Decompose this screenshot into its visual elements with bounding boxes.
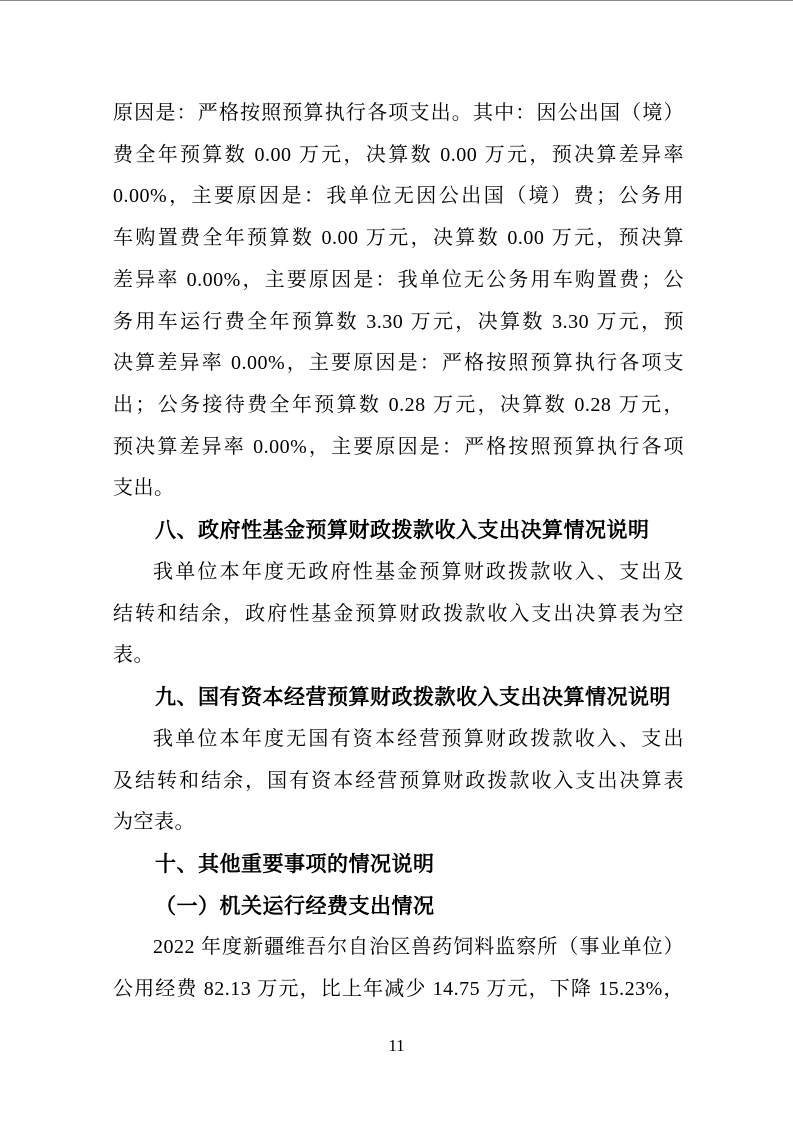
paragraph-line: 我单位本年度无国有资本经营预算财政拨款收入、支出 xyxy=(113,719,684,761)
paragraph-line: 差异率 0.00%，主要原因是：我单位无公务用车购置费；公 xyxy=(113,260,684,302)
section-nine-heading: 九、国有资本经营预算财政拨款收入支出决算情况说明 xyxy=(113,677,684,719)
paragraph-line: 决算差异率 0.00%，主要原因是：严格按照预算执行各项支 xyxy=(113,343,684,385)
section-eight-heading: 八、政府性基金预算财政拨款收入支出决算情况说明 xyxy=(113,510,684,552)
paragraph-line: 2022 年度新疆维吾尔自治区兽药饲料监察所（事业单位） xyxy=(113,927,684,969)
paragraph-line: 车购置费全年预算数 0.00 万元，决算数 0.00 万元，预决算 xyxy=(113,218,684,260)
section-ten-subsection-one-heading: （一）机关运行经费支出情况 xyxy=(113,886,684,928)
page-top-edge xyxy=(0,0,793,1)
paragraph-line: 0.00%，主要原因是：我单位无因公出国（境）费；公务用 xyxy=(113,176,684,218)
paragraph-line: 支出。 xyxy=(113,468,684,510)
paragraph-line: 费全年预算数 0.00 万元，决算数 0.00 万元，预决算差异率 xyxy=(113,135,684,177)
paragraph-line: 务用车运行费全年预算数 3.30 万元，决算数 3.30 万元，预 xyxy=(113,302,684,344)
paragraph-line: 我单位本年度无政府性基金预算财政拨款收入、支出及 xyxy=(113,552,684,594)
paragraph-line: 及结转和结余，国有资本经营预算财政拨款收入支出决算表 xyxy=(113,761,684,803)
paragraph-line: 表。 xyxy=(113,635,684,677)
document-page: 原因是：严格按照预算执行各项支出。其中：因公出国（境） 费全年预算数 0.00 … xyxy=(0,0,793,1122)
paragraph-line: 结转和结余，政府性基金预算财政拨款收入支出决算表为空 xyxy=(113,594,684,636)
paragraph-line: 原因是：严格按照预算执行各项支出。其中：因公出国（境） xyxy=(113,93,684,135)
paragraph-line: 为空表。 xyxy=(113,802,684,844)
page-number: 11 xyxy=(0,1036,793,1056)
paragraph-line: 出；公务接待费全年预算数 0.28 万元，决算数 0.28 万元， xyxy=(113,385,684,427)
paragraph-line: 预决算差异率 0.00%，主要原因是：严格按照预算执行各项 xyxy=(113,427,684,469)
section-ten-heading: 十、其他重要事项的情况说明 xyxy=(113,844,684,886)
paragraph-line: 公用经费 82.13 万元，比上年减少 14.75 万元，下降 15.23%， xyxy=(113,969,684,1011)
document-body: 原因是：严格按照预算执行各项支出。其中：因公出国（境） 费全年预算数 0.00 … xyxy=(113,93,684,1011)
